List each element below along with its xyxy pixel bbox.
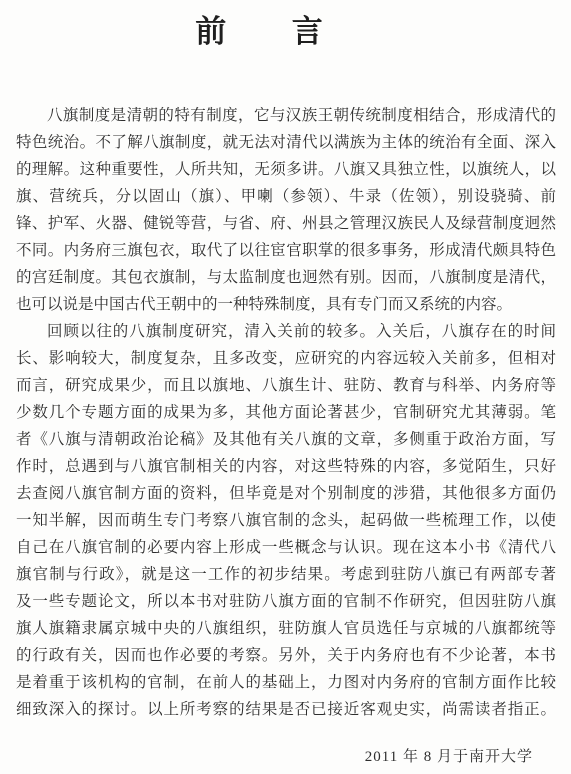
text-line: 作时，总遇到与八旗官制相关的内容，对这些特殊的内容，多觉陌生，只好 [16,453,556,480]
text-line: 长、影响较大，制度复杂，且多改变，应研究的内容远较入关前多，但相对 [16,345,556,372]
text-line: 旗、营统兵，分以固山（旗）、甲喇（参领）、牛录（佐领），别设骁骑、前 [16,183,556,210]
text-line: 八旗制度是清朝的特有制度，它与汉族王朝传统制度相结合，形成清代的 [16,102,556,129]
text-line: 者《八旗与清朝政治论稿》及其他有关八旗的文章，多侧重于政治方面，写 [16,426,556,453]
text-line: 而言，研究成果少，而且以旗地、八旗生计、驻防、教育与科举、内务府等 [16,372,556,399]
text-line: 不同。内务府三旗包衣，取代了以往宦官职掌的很多事务，形成清代颇具特色 [16,237,556,264]
text-line: 去查阅八旗官制方面的资料，但毕竟是对个别制度的涉猎，其他很多方面仍 [16,480,556,507]
document-page: 前 言 八旗制度是清朝的特有制度，它与汉族王朝传统制度相结合，形成清代的 特色统… [0,0,571,774]
text-line: 特色统治。不了解八旗制度，就无法对清代以满族为主体的统治有全面、深入 [16,129,556,156]
text-line: 回顾以往的八旗制度研究，清入关前的较多。入关后，八旗存在的时间 [16,318,556,345]
text-line: 自己在八旗官制的必要内容上形成一些概念与认识。现在这本小书《清代八 [16,534,556,561]
text-line: 少数几个专题方面的成果为多，其他方面论著甚少，官制研究尤其薄弱。笔 [16,399,556,426]
text-line: 及一些专题论文，所以本书对驻防八旗方面的官制不作研究，但因驻防八旗 [16,588,556,615]
text-line: 是着重于该机构的官制，在前人的基础上，力图对内务府的官制方面作比较 [16,669,556,696]
preface-body: 八旗制度是清朝的特有制度，它与汉族王朝传统制度相结合，形成清代的 特色统治。不了… [16,102,556,723]
dateline: 2011 年 8 月于南开大学 [365,745,533,766]
text-line: 细致深入的探讨。以上所考察的结果是否已接近客观史实，尚需读者指正。 [16,696,556,723]
text-line: 锋、护军、火器、健锐等营，与省、府、州县之管理汉族民人及绿营制度迥然 [16,210,556,237]
text-line: 的理解。这种重要性，人所共知，无须多讲。八旗又具独立性，以旗统人，以 [16,156,556,183]
page-title: 前 言 [0,6,545,51]
text-line: 旗人旗籍隶属京城中央的八旗组织，驻防旗人官员选任与京城的八旗都统等 [16,615,556,642]
text-line: 的行政有关，因而也作必要的考察。另外，关于内务府也有不少论著，本书 [16,642,556,669]
text-line: 旗官制与行政》，就是这一工作的初步结果。考虑到驻防八旗已有两部专著 [16,561,556,588]
text-line: 一知半解，因而萌生专门考察八旗官制的念头，起码做一些梳理工作，以使 [16,507,556,534]
text-line: 也可以说是中国古代王朝中的一种特殊制度，具有专门而又系统的内容。 [16,291,556,318]
text-line: 的宫廷制度。其包衣旗制，与太监制度也迥然有别。因而，八旗制度是清代， [16,264,556,291]
